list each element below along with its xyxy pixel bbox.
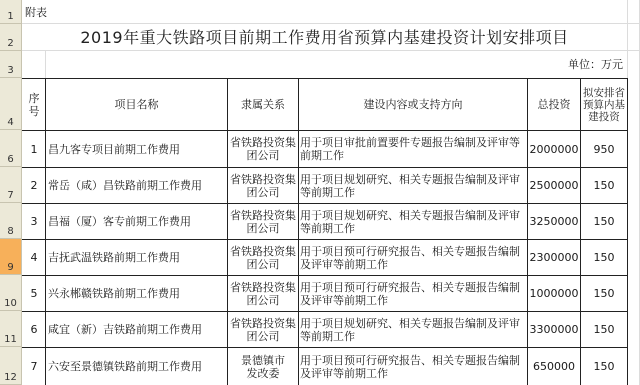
cell-total[interactable]: 1000000	[528, 276, 580, 311]
header-affiliation[interactable]: 隶属关系	[241, 79, 285, 130]
cell-seq[interactable]: 2	[23, 168, 45, 203]
header-seq[interactable]: 序号	[26, 79, 42, 130]
cell-name[interactable]: 常岳（咸）昌铁路前期工作费用	[48, 168, 226, 203]
cell-affiliation[interactable]: 省铁路投资集团公司	[229, 168, 297, 203]
cell-total[interactable]: 3250000	[528, 204, 580, 239]
cell-name[interactable]: 吉抚武温铁路前期工作费用	[48, 240, 226, 275]
cell-planned[interactable]: 150	[581, 204, 627, 239]
cell-total[interactable]: 2500000	[528, 168, 580, 203]
header-name[interactable]: 项目名称	[46, 79, 227, 130]
row-header-6[interactable]: 6	[0, 130, 22, 167]
cell-seq[interactable]: 6	[23, 312, 45, 347]
cell-name[interactable]: 昌福（厦）客专前期工作费用	[48, 204, 226, 239]
cell-total[interactable]: 2300000	[528, 240, 580, 275]
row-header-1[interactable]: 1	[0, 0, 22, 24]
cell-total[interactable]: 3300000	[528, 312, 580, 347]
cell-seq[interactable]: 1	[23, 131, 45, 167]
row-header-8[interactable]: 8	[0, 203, 22, 239]
header-total[interactable]: 总投资	[528, 79, 580, 130]
row-header-10[interactable]: 10	[0, 275, 22, 311]
cell-name[interactable]: 咸宜（新）吉铁路前期工作费用	[48, 312, 226, 347]
row-header-12[interactable]: 12	[0, 347, 22, 385]
cell-affiliation[interactable]: 省铁路投资集团公司	[229, 240, 297, 275]
table-border	[227, 78, 228, 385]
unit-label[interactable]: 单位：万元	[520, 51, 625, 78]
cell-total[interactable]: 650000	[528, 348, 580, 385]
cell-planned[interactable]: 150	[581, 312, 627, 347]
cell-affiliation[interactable]: 省铁路投资集团公司	[229, 131, 297, 167]
row-header-7[interactable]: 7	[0, 167, 22, 203]
cell-content[interactable]: 用于项目规划研究、相关专题报告编制及评审等前期工作	[300, 168, 526, 203]
cell-affiliation[interactable]: 省铁路投资集团公司	[229, 204, 297, 239]
sheet-title[interactable]: 2019年重大铁路项目前期工作费用省预算内基建投资计划安排项目	[22, 24, 627, 51]
header-content[interactable]: 建设内容或支持方向	[299, 79, 527, 130]
row-header-9-selected[interactable]: 9	[0, 239, 22, 275]
cell-name[interactable]: 六安至景德镇铁路前期工作费用	[48, 348, 226, 385]
row-header-11[interactable]: 11	[0, 311, 22, 347]
gridline	[627, 0, 628, 78]
cell-name[interactable]: 兴永郴赣铁路前期工作费用	[48, 276, 226, 311]
gridline	[45, 51, 46, 78]
cell-affiliation[interactable]: 省铁路投资集团公司	[229, 312, 297, 347]
spreadsheet: 1 2 3 4 6 7 8 9 10 11 12 附表 2019年重大铁路项目前…	[0, 0, 640, 385]
row-header-4[interactable]: 4	[0, 78, 22, 130]
cell-content[interactable]: 用于项目预可行研究报告、相关专题报告编制及评审等前期工作	[300, 276, 526, 311]
cell-content[interactable]: 用于项目规划研究、相关专题报告编制及评审等前期工作	[300, 312, 526, 347]
row-header-3[interactable]: 3	[0, 51, 22, 78]
table-border	[627, 78, 628, 385]
cell-planned[interactable]: 150	[581, 276, 627, 311]
cell-planned[interactable]: 950	[581, 131, 627, 167]
cell-affiliation[interactable]: 省铁路投资集团公司	[229, 276, 297, 311]
cell-content[interactable]: 用于项目预可行研究报告、相关专题报告编制及评审等前期工作	[300, 348, 526, 385]
cell-planned[interactable]: 150	[581, 168, 627, 203]
cell-content[interactable]: 用于项目预可行研究报告、相关专题报告编制及评审等前期工作	[300, 240, 526, 275]
cell-seq[interactable]: 7	[23, 348, 45, 385]
cell-affiliation[interactable]: 景德镇市发改委	[236, 348, 290, 385]
cell-seq[interactable]: 4	[23, 240, 45, 275]
cell-content[interactable]: 用于项目规划研究、相关专题报告编制及评审等前期工作	[300, 204, 526, 239]
row-header-2[interactable]: 2	[0, 24, 22, 51]
cell-name[interactable]: 昌九客专项目前期工作费用	[48, 131, 226, 167]
cell-seq[interactable]: 5	[23, 276, 45, 311]
annex-label[interactable]: 附表	[25, 0, 125, 24]
cell-content[interactable]: 用于项目审批前置要件专题报告编制及评审等前期工作	[300, 131, 526, 167]
cell-total[interactable]: 2000000	[528, 131, 580, 167]
cell-seq[interactable]: 3	[23, 204, 45, 239]
cell-planned[interactable]: 150	[581, 240, 627, 275]
header-planned[interactable]: 拟安排省预算内基建投资	[583, 79, 625, 130]
cell-planned[interactable]: 150	[581, 348, 627, 385]
